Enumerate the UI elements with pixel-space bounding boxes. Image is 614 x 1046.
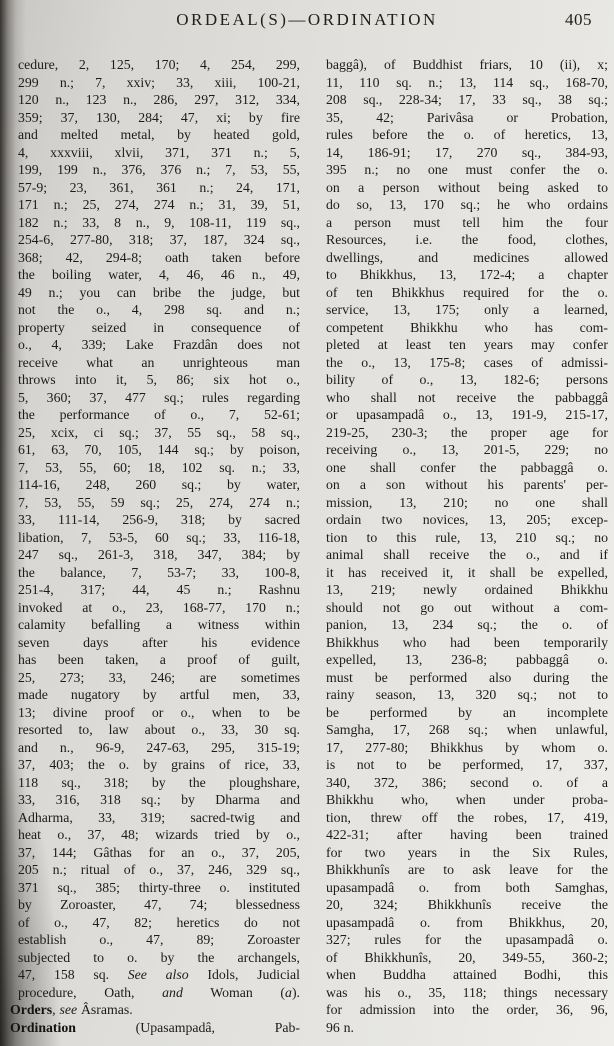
plain-text: Âsramas. <box>77 1002 133 1017</box>
index-line: 11, 110 sq. n.; 13, 114 sq., 168-70, <box>318 74 608 92</box>
index-line: 7, 53, 55, 59 sq.; 25, 274, 274 n.; <box>10 494 300 512</box>
index-line: 219-25, 230-3; the proper age for <box>318 424 608 442</box>
headword-text: Orders <box>10 1002 52 1017</box>
index-line: 33, 111-14, 256-9, 318; by sacred <box>10 511 300 529</box>
page-number: 405 <box>565 10 592 30</box>
left-column: cedure, 2, 125, 170; 4, 254, 299,299 n.;… <box>10 56 300 1036</box>
index-line: receive what an unrighteous man <box>10 354 300 372</box>
index-line: tion, threw off the robes, 17, 419, <box>318 809 608 827</box>
index-line: Adharma, 33, 319; sacred-twig and <box>10 809 300 827</box>
index-line: is not to be performed, 17, 337, <box>318 756 608 774</box>
index-line: 395 n.; no one must confer the o. <box>318 161 608 179</box>
index-line: 299 n.; 7, xxiv; 33, xiii, 100-21, <box>10 74 300 92</box>
index-line: procedure, Oath, and Woman (a). <box>10 984 300 1002</box>
index-line: 33, 316, 318 sq.; by Dharma and <box>10 791 300 809</box>
index-line: competent Bhikkhu who has com- <box>318 319 608 337</box>
headword-text: Ordination <box>10 1020 76 1035</box>
index-line: 171 n.; 25, 274, 274 n.; 31, 39, 51, <box>10 196 300 214</box>
index-line: of Bhikkhunîs, 20, 349-55, 360-2; <box>318 949 608 967</box>
right-column: baggâ), of Buddhist friars, 10 (ii), x;1… <box>318 56 608 1036</box>
index-line: 96 n. <box>318 1019 608 1037</box>
index-line: 47, 158 sq. See also Idols, Judicial <box>10 966 300 984</box>
index-line: 182 n.; 33, 8 n., 9, 108-11, 119 sq., <box>10 214 300 232</box>
index-line: 247 sq., 261-3, 318, 347, 384; by <box>10 546 300 564</box>
index-line: Bhikkhu who, when under proba- <box>318 791 608 809</box>
index-line: 205 n.; ritual of o., 37, 246, 329 sq., <box>10 861 300 879</box>
index-line: invoked at o., 23, 168-77, 170 n.; <box>10 599 300 617</box>
index-line: one shall confer the pabbaggâ o. <box>318 459 608 477</box>
index-line: 208 sq., 228-34; 17, 33 sq., 38 sq.; <box>318 91 608 109</box>
index-line: it has received it, it shall be expelled… <box>318 564 608 582</box>
text-columns: cedure, 2, 125, 170; 4, 254, 299,299 n.;… <box>10 56 608 1036</box>
index-line: 17, 277-80; Bhikkhus by whom o. <box>318 739 608 757</box>
index-line: 368; 42, 294-8; oath taken before <box>10 249 300 267</box>
plain-text: ). <box>292 985 300 1000</box>
index-line: must be performed also during the <box>318 669 608 687</box>
index-line: do so, 13, 170 sq.; he who ordains <box>318 196 608 214</box>
index-line: or upasampadâ o., 13, 191-9, 215-17, <box>318 406 608 424</box>
index-line: made nugatory by artful men, 33, <box>10 686 300 704</box>
index-line: ordain two novices, 13, 205; excep- <box>318 511 608 529</box>
index-line: has been taken, a proof of guilt, <box>10 651 300 669</box>
index-line: 37, 403; the o. by grains of rice, 33, <box>10 756 300 774</box>
index-line: 251-4, 317; 44, 45 n.; Rashnu <box>10 581 300 599</box>
index-line: 13, 219; newly ordained Bhikkhu <box>318 581 608 599</box>
index-line: for two years in the Six Rules, <box>318 844 608 862</box>
index-line: establish o., 47, 89; Zoroaster <box>10 931 300 949</box>
index-line: who shall not receive the pabbaggâ <box>318 389 608 407</box>
index-line: on a son without his parents' per- <box>318 476 608 494</box>
index-line: calamity befalling a witness within <box>10 616 300 634</box>
index-line: and n., 96-9, 247-63, 295, 315-19; <box>10 739 300 757</box>
index-line: 5, 360; 37, 477 sq.; rules regarding <box>10 389 300 407</box>
index-line: subjected to o. by the archangels, <box>10 949 300 967</box>
index-line: 4, xxxviii, xlvii, 371, 371 n.; 5, <box>10 144 300 162</box>
index-line: 25, 273; 33, 246; are sometimes <box>10 669 300 687</box>
index-line: o., 4, 339; Lake Frazdân does not <box>10 336 300 354</box>
book-page: ORDEAL(S)—ORDINATION 405 cedure, 2, 125,… <box>0 0 614 1046</box>
index-line: receiving o., 13, 201-5, 229; no <box>318 441 608 459</box>
index-line: 49 n.; you can bribe the judge, but <box>10 284 300 302</box>
index-line: upasampadâ o. from Bhikkhus, 20, <box>318 914 608 932</box>
index-line: 371 sq., 385; thirty-three o. instituted <box>10 879 300 897</box>
index-line: pleted at least ten years may confer <box>318 336 608 354</box>
index-line: when Buddha attained Bodhi, this <box>318 966 608 984</box>
index-line: Samgha, 17, 268 sq.; when unlawful, <box>318 721 608 739</box>
index-line: 61, 63, 70, 105, 144 sq.; by poison, <box>10 441 300 459</box>
index-line: the o., 13, 175-8; cases of admissi- <box>318 354 608 372</box>
index-line: was his o., 35, 118; things necessary <box>318 984 608 1002</box>
italic-text: see <box>59 1002 77 1017</box>
index-line: mission, 13, 210; no one shall <box>318 494 608 512</box>
index-line: the balance, 7, 53-7; 33, 100-8, <box>10 564 300 582</box>
index-line: 254-6, 277-80, 318; 37, 187, 324 sq., <box>10 231 300 249</box>
index-line: 340, 372, 386; second o. of a <box>318 774 608 792</box>
index-line: of ten Bhikkhus required for the o. <box>318 284 608 302</box>
index-line: panion, 13, 234 sq.; the o. of <box>318 616 608 634</box>
index-line: 14, 186-91; 17, 270 sq., 384-93, <box>318 144 608 162</box>
index-line: 118 sq., 318; by the ploughshare, <box>10 774 300 792</box>
index-line: by Zoroaster, 47, 74; blessedness <box>10 896 300 914</box>
index-line: rainy season, 13, 320 sq.; not to <box>318 686 608 704</box>
index-line: expelled, 13, 236-8; pabbaggâ o. <box>318 651 608 669</box>
plain-text: Woman ( <box>183 985 285 1000</box>
index-line: Bhikkhus who had been temporarily <box>318 634 608 652</box>
italic-text: and <box>162 985 183 1000</box>
index-line: 35, 42; Parivâsa or Probation, <box>318 109 608 127</box>
index-line: the boiling water, 4, 46, 46 n., 49, <box>10 266 300 284</box>
index-line: heat o., 37, 48; wizards tried by o., <box>10 826 300 844</box>
running-head: ORDEAL(S)—ORDINATION <box>0 10 614 30</box>
index-line: tion to this rule, 13, 210 sq.; no <box>318 529 608 547</box>
index-line: 7, 53, 55, 60; 18, 102 sq. n.; 33, <box>10 459 300 477</box>
index-line: and melted metal, by heated gold, <box>10 126 300 144</box>
index-line: 114-16, 248, 260 sq.; by water, <box>10 476 300 494</box>
index-line: 57-9; 23, 361, 361 n.; 24, 171, <box>10 179 300 197</box>
index-line: resorted to, law about o., 33, 30 sq. <box>10 721 300 739</box>
index-line: 37, 144; Gâthas for an o., 37, 205, <box>10 844 300 862</box>
index-line: service, 13, 175; only a learned, <box>318 301 608 319</box>
index-line: 327; rules for the upasampadâ o. <box>318 931 608 949</box>
page-header: ORDEAL(S)—ORDINATION 405 <box>0 10 614 36</box>
index-line: animal shall receive the o., and if <box>318 546 608 564</box>
index-line: throws into it, 5, 86; six hot o., <box>10 371 300 389</box>
index-line: on a person without being asked to <box>318 179 608 197</box>
index-line: seven days after his evidence <box>10 634 300 652</box>
index-line: upasampadâ o. from both Samghas, <box>318 879 608 897</box>
index-line: the performance of o., 7, 52-61; <box>10 406 300 424</box>
index-line: be performed by an incomplete <box>318 704 608 722</box>
index-line: rules before the o. of heretics, 13, <box>318 126 608 144</box>
index-headword-line: Ordination (Upasampadâ, Pab- <box>10 1019 300 1037</box>
index-line: baggâ), of Buddhist friars, 10 (ii), x; <box>318 56 608 74</box>
index-line: property seized in consequence of <box>10 319 300 337</box>
plain-text: 47, 158 sq. <box>18 967 128 982</box>
index-line: 422-31; after having been trained <box>318 826 608 844</box>
index-line: to Bhikkhus, 13, 172-4; a chapter <box>318 266 608 284</box>
index-line: a person must tell him the four <box>318 214 608 232</box>
index-line: for admission into the order, 36, 96, <box>318 1001 608 1019</box>
index-line: libation, 7, 53-5, 60 sq.; 33, 116-18, <box>10 529 300 547</box>
plain-text: procedure, Oath, <box>18 985 162 1000</box>
index-line: 20, 324; Bhikkhunîs receive the <box>318 896 608 914</box>
index-line: 13; divine proof or o., when to be <box>10 704 300 722</box>
index-line: dwellings, and medicines allowed <box>318 249 608 267</box>
italic-text: a <box>285 985 292 1000</box>
index-line: 199, 199 n., 376, 376 n.; 7, 53, 55, <box>10 161 300 179</box>
plain-text: Idols, Judicial <box>189 967 300 982</box>
italic-text: See also <box>128 967 189 982</box>
index-line: 25, xcix, ci sq.; 37, 55 sq., 58 sq., <box>10 424 300 442</box>
index-line: Bhikkhunîs are to ask leave for the <box>318 861 608 879</box>
plain-text: (Upasampadâ, Pab- <box>76 1020 300 1035</box>
index-line: cedure, 2, 125, 170; 4, 254, 299, <box>10 56 300 74</box>
index-line: of o., 47, 82; heretics do not <box>10 914 300 932</box>
index-line: Resources, i.e. the food, clothes, <box>318 231 608 249</box>
index-headword-line: Orders, see Âsramas. <box>10 1001 300 1019</box>
index-line: should not go out without a com- <box>318 599 608 617</box>
index-line: 120 n., 123 n., 286, 297, 312, 334, <box>10 91 300 109</box>
index-line: 359; 37, 130, 284; 47, xi; by fire <box>10 109 300 127</box>
index-line: not the o., 4, 298 sq. and n.; <box>10 301 300 319</box>
index-line: bility of o., 13, 182-6; persons <box>318 371 608 389</box>
